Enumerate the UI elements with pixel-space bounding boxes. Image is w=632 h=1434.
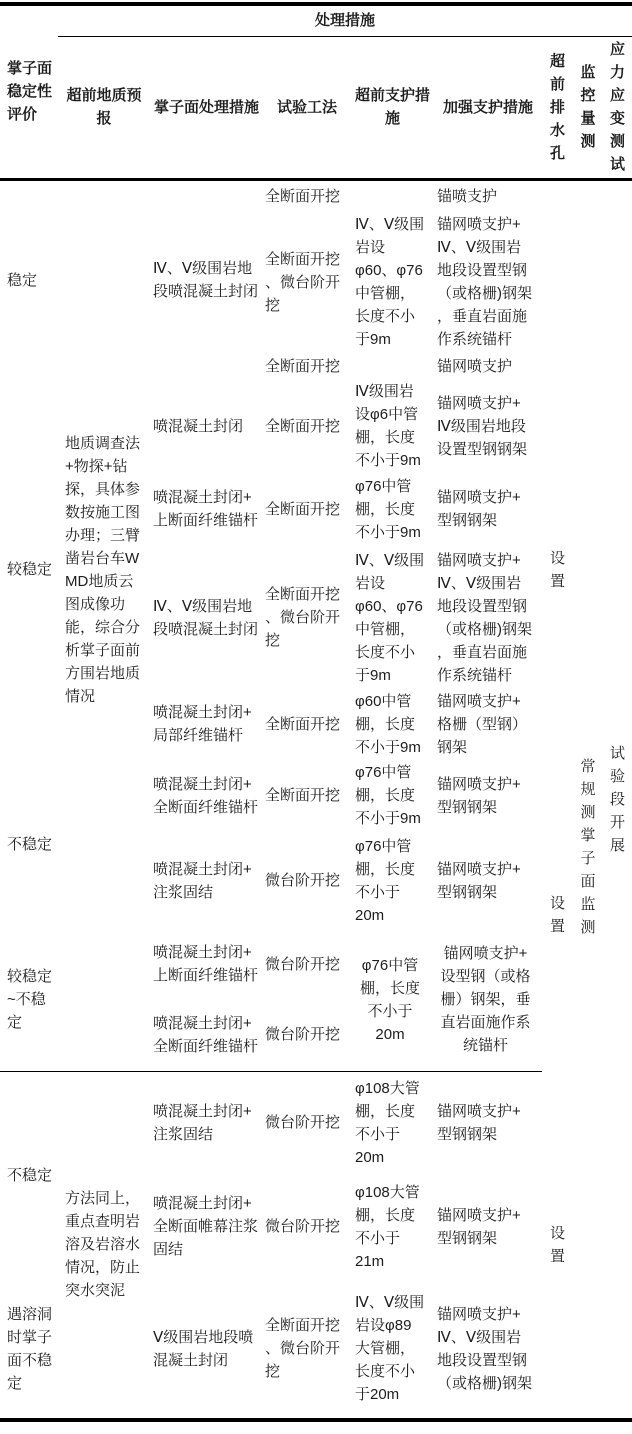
r7-test-method: 全断面开挖 — [263, 689, 351, 759]
drainage-set-2: 设置 — [542, 759, 573, 1071]
header-monitoring-measurement-text: 监控量测 — [580, 61, 596, 153]
r12-reinforce-support: 锚网喷支护+型钢钢架 — [434, 1071, 542, 1174]
stability-label-fairly-to-unstable: 较稳定~不稳定 — [0, 929, 58, 1071]
r2-advance-support: Ⅳ、Ⅴ级围岩设φ60、φ76中管棚，长度不小于9m — [351, 212, 434, 352]
drainage-set-3: 设置 — [542, 1071, 573, 1420]
drainage-set-1-text: 设置 — [550, 547, 566, 593]
header-advance-geological-forecast: 超前地质预报 — [58, 36, 150, 179]
r3-test-method: 全断面开挖 — [263, 352, 351, 380]
header-advance-support: 超前支护措施 — [351, 36, 434, 179]
forecast-empty-2 — [58, 759, 150, 1071]
stability-label-unstable-karst: 不稳定 — [0, 1071, 58, 1279]
r14-face-treatment: Ⅴ级围岩地段喷混凝土封闭 — [150, 1279, 263, 1420]
r10-face-treatment: 喷混凝土封闭+上断面纤维锚杆 — [150, 929, 263, 999]
drainage-empty-1 — [542, 179, 573, 380]
drainage-set-1: 设置 — [542, 380, 573, 759]
r4-reinforce-support: 锚网喷支护+Ⅳ级围岩地段设置型钢钢架 — [434, 380, 542, 472]
r9-test-method: 微台阶开挖 — [263, 832, 351, 929]
r10-reinforce-support: 锚网喷支护+设型钢（或格栅）钢架，垂直岩面施作系统锚杆 — [434, 929, 542, 1071]
r6-test-method: 全断面开挖、微台阶开挖 — [263, 546, 351, 689]
r13-advance-support: φ108大管棚，长度不小于21m — [351, 1174, 434, 1279]
r3-reinforce-support: 锚网喷支护 — [434, 352, 542, 380]
r8-reinforce-support: 锚网喷支护+型钢钢架 — [434, 759, 542, 832]
r5-reinforce-support: 锚网喷支护+型钢钢架 — [434, 472, 542, 546]
r10-advance-support: φ76中管棚，长度不小于20m — [351, 929, 434, 1071]
r12-face-treatment: 喷混凝土封闭+注浆固结 — [150, 1071, 263, 1174]
forecast-geological-survey: 地质调查法+物探+钻探，具体参数按施工图办理；三臂凿岩台车WMD地质云图成像功能… — [58, 380, 150, 759]
r8-face-treatment: 喷混凝土封闭+全断面纤维锚杆 — [150, 759, 263, 832]
r4-advance-support: Ⅳ级围岩设φ6中管棚，长度不小于9m — [351, 380, 434, 472]
r4-face-treatment: 喷混凝土封闭 — [150, 380, 263, 472]
r5-advance-support: φ76中管棚，长度不小于9m — [351, 472, 434, 546]
r12-advance-support: φ108大管棚，长度不小于20m — [351, 1071, 434, 1174]
r9-reinforce-support: 锚网喷支护+型钢钢架 — [434, 832, 542, 929]
r12-test-method: 微台阶开挖 — [263, 1071, 351, 1174]
document-page: 掌子面稳定性评价 处理措施 超前地质预报 掌子面处理措施 试验工法 超前支护措施… — [0, 0, 632, 1422]
r9-face-treatment: 喷混凝土封闭+注浆固结 — [150, 832, 263, 929]
header-monitoring-measurement: 监控量测 — [573, 36, 603, 179]
r6-reinforce-support: 锚网喷支护+Ⅳ、Ⅴ级围岩地段设置型钢（或格栅)钢架，垂直岩面施作系统锚杆 — [434, 546, 542, 689]
header-group-treatment-measures: 处理措施 — [58, 4, 632, 36]
r5-test-method: 全断面开挖 — [263, 472, 351, 546]
monitoring-cell: 常规测掌子面监测 — [573, 179, 603, 1420]
r6-advance-support: Ⅳ、Ⅴ级围岩设φ60、φ76中管棚，长度不小于9m — [351, 546, 434, 689]
r4-test-method: 全断面开挖 — [263, 380, 351, 472]
stability-label-cave-unstable: 遇溶洞时掌子面不稳定 — [0, 1279, 58, 1420]
header-reinforce-support: 加强支护措施 — [434, 36, 542, 179]
r3-advance-support-empty — [351, 352, 434, 380]
r2-test-method: 全断面开挖、微台阶开挖 — [263, 212, 351, 352]
drainage-set-3-text: 设置 — [550, 1222, 566, 1268]
r8-test-method: 全断面开挖 — [263, 759, 351, 832]
header-advance-drainage-hole-text: 超前排水孔 — [550, 50, 566, 165]
monitoring-cell-text: 常规测掌子面监测 — [580, 755, 596, 939]
forecast-same-method: 方法同上，重点查明岩溶及岩溶水情况，防止突水突泥 — [58, 1071, 150, 1420]
r7-reinforce-support: 锚网喷支护+格栅（型钢）钢架 — [434, 689, 542, 759]
r7-advance-support: φ60中管棚，长度不小于9m — [351, 689, 434, 759]
r13-face-treatment: 喷混凝土封闭+全断面帷幕注浆固结 — [150, 1174, 263, 1279]
r11-test-method: 微台阶开挖 — [263, 999, 351, 1071]
r1-test-method: 全断面开挖 — [263, 179, 351, 212]
drainage-set-2-text: 设置 — [550, 892, 566, 938]
r1-reinforce-support: 锚喷支护 — [434, 179, 542, 212]
r2-reinforce-support: 锚网喷支护+Ⅳ、Ⅴ级围岩地段设置型钢（或格栅)钢架，垂直岩面施作系统锚杆 — [434, 212, 542, 352]
r6-face-treatment: Ⅳ、Ⅴ级围岩地段喷混凝土封闭 — [150, 546, 263, 689]
r7-face-treatment: 喷混凝土封闭+局部纤维锚杆 — [150, 689, 263, 759]
r5-face-treatment: 喷混凝土封闭+上断面纤维锚杆 — [150, 472, 263, 546]
r14-test-method: 全断面开挖、微台阶开挖 — [263, 1279, 351, 1420]
r8-advance-support: φ76中管棚，长度不小于9m — [351, 759, 434, 832]
r13-reinforce-support: 锚网喷支护+型钢钢架 — [434, 1174, 542, 1279]
header-stress-strain-test: 应力应变测试 — [603, 36, 632, 179]
header-test-method: 试验工法 — [263, 36, 351, 179]
r10-test-method: 微台阶开挖 — [263, 929, 351, 999]
stability-label-fairly-stable: 较稳定 — [0, 380, 58, 759]
header-stress-strain-test-text: 应力应变测试 — [610, 38, 626, 176]
r13-test-method: 微台阶开挖 — [263, 1174, 351, 1279]
r14-advance-support: Ⅳ、Ⅴ级围岩设φ89大管棚，长度不小于20m — [351, 1279, 434, 1420]
stress-test-cell: 试验段开展 — [603, 179, 632, 1420]
r1-face-treatment: Ⅳ、Ⅴ级围岩地段喷混凝土封闭 — [150, 179, 263, 380]
r11-face-treatment: 喷混凝土封闭+全断面纤维锚杆 — [150, 999, 263, 1071]
r9-advance-support: φ76中管棚，长度不小于20m — [351, 832, 434, 929]
treatment-measures-table: 掌子面稳定性评价 处理措施 超前地质预报 掌子面处理措施 试验工法 超前支护措施… — [0, 2, 632, 1422]
forecast-empty-1 — [58, 179, 150, 380]
r1-advance-support-empty — [351, 179, 434, 212]
header-stability-evaluation: 掌子面稳定性评价 — [0, 4, 58, 179]
stress-test-cell-text: 试验段开展 — [610, 742, 626, 857]
r14-reinforce-support: 锚网喷支护+Ⅳ、Ⅴ级围岩地段设置型钢（或格栅)钢架 — [434, 1279, 542, 1420]
stability-label-stable: 稳定 — [0, 179, 58, 380]
header-advance-drainage-hole: 超前排水孔 — [542, 36, 573, 179]
stability-label-unstable: 不稳定 — [0, 759, 58, 929]
header-face-treatment: 掌子面处理措施 — [150, 36, 263, 179]
